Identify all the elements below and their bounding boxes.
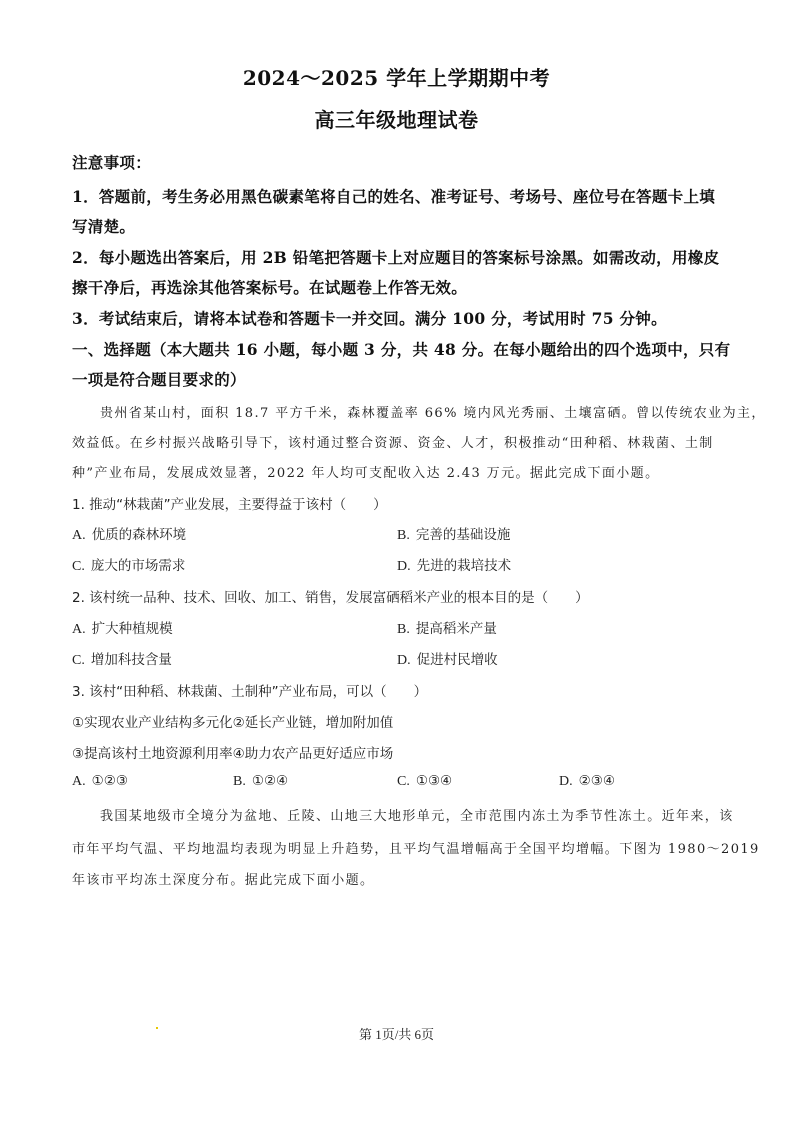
option-letter: B.	[397, 622, 410, 637]
notice-heading: 注意事项：	[72, 151, 151, 173]
option-text: 扩大种植规模	[92, 621, 173, 637]
exam-page: 2024～2025 学年上学期期中考 高三年级地理试卷 注意事项： 1．答题前，…	[0, 0, 793, 1122]
option-letter: A.	[72, 622, 86, 637]
question-1-stem: 1. 推动“林栽菌”产业发展，主要得益于该村（ ）	[72, 493, 387, 513]
passage1-line-3: 种”产业布局，发展成效显著，2022 年人均可支配收入达 2.43 万元。据此完…	[72, 462, 659, 481]
option-text: 增加科技含量	[91, 652, 172, 668]
option-text: 庞大的市场需求	[91, 558, 186, 574]
option-text: ①②③	[92, 773, 128, 789]
option-letter: D.	[397, 559, 411, 574]
question-3-option-b[interactable]: B.①②④	[233, 773, 288, 790]
question-2-option-a[interactable]: A.扩大种植规模	[72, 617, 173, 638]
option-text: ①②④	[252, 773, 288, 789]
notice-line-1: 1．答题前，考生务必用黑色碳素笔将自己的姓名、准考证号、考场号、座位号在答题卡上…	[72, 185, 715, 207]
option-letter: D.	[397, 653, 411, 668]
option-letter: B.	[233, 774, 246, 789]
passage2-line-2: 市年平均气温、平均地温均表现为明显上升趋势，且平均气温增幅高于全国平均增幅。下图…	[72, 838, 760, 857]
question-1-option-a[interactable]: A.优质的森林环境	[72, 523, 186, 544]
option-letter: C.	[397, 774, 410, 789]
question-3-statements-line-2: ③提高该村土地资源利用率④助力农产品更好适应市场	[72, 742, 393, 762]
notice-line-3: 2．每小题选出答案后，用 2B 铅笔把答题卡上对应题目的答案标号涂黑。如需改动，…	[72, 246, 719, 268]
question-2-option-d[interactable]: D.促进村民增收	[397, 648, 498, 669]
option-letter: D.	[559, 774, 573, 789]
question-3-option-a[interactable]: A.①②③	[72, 773, 128, 790]
question-2-option-b[interactable]: B.提高稻米产量	[397, 617, 497, 638]
option-text: ②③④	[579, 773, 615, 789]
option-text: 先进的栽培技术	[417, 558, 512, 574]
option-letter: C.	[72, 653, 85, 668]
passage1-line-1: 贵州省某山村，面积 18.7 平方千米，森林覆盖率 66% 境内风光秀丽、土壤富…	[100, 402, 766, 421]
option-text: 提高稻米产量	[416, 621, 497, 637]
question-2-option-c[interactable]: C.增加科技含量	[72, 648, 172, 669]
page-indicator: 第 1页/共 6页	[0, 1024, 793, 1043]
option-letter: A.	[72, 528, 86, 543]
notice-line-5: 3．考试结束后，请将本试卷和答题卡一并交回。满分 100 分，考试用时 75 分…	[72, 307, 667, 329]
question-3-option-d[interactable]: D.②③④	[559, 773, 615, 790]
option-text: 促进村民增收	[417, 652, 498, 668]
question-3-statements-line-1: ①实现农业产业结构多元化②延长产业链，增加附加值	[72, 711, 393, 731]
notice-line-2: 写清楚。	[72, 215, 135, 237]
question-1-option-d[interactable]: D.先进的栽培技术	[397, 554, 511, 575]
passage2-line-3: 年该市平均冻土深度分布。据此完成下面小题。	[72, 869, 374, 888]
question-1-option-b[interactable]: B.完善的基础设施	[397, 523, 510, 544]
passage1-line-2: 效益低。在乡村振兴战略引导下，该村通过整合资源、资金、人才，积极推动“田种稻、林…	[72, 432, 714, 451]
option-text: ①③④	[416, 773, 452, 789]
section-heading-line-2: 一项是符合题目要求的）	[72, 368, 246, 390]
option-letter: C.	[72, 559, 85, 574]
exam-subtitle: 高三年级地理试卷	[0, 104, 793, 133]
option-text: 完善的基础设施	[416, 527, 511, 543]
question-3-stem: 3. 该村“田种稻、林栽菌、土制种”产业布局，可以（ ）	[72, 680, 427, 700]
question-2-stem: 2. 该村统一品种、技术、回收、加工、销售，发展富硒稻米产业的根本目的是（ ）	[72, 586, 589, 606]
option-letter: B.	[397, 528, 410, 543]
exam-title: 2024～2025 学年上学期期中考	[0, 62, 793, 91]
question-1-option-c[interactable]: C.庞大的市场需求	[72, 554, 185, 575]
section-heading-line-1: 一、选择题（本大题共 16 小题，每小题 3 分，共 48 分。在每小题给出的四…	[72, 338, 730, 360]
question-3-option-c[interactable]: C.①③④	[397, 773, 452, 790]
notice-line-4: 擦干净后，再选涂其他答案标号。在试题卷上作答无效。	[72, 276, 467, 298]
option-text: 优质的森林环境	[92, 527, 187, 543]
option-letter: A.	[72, 774, 86, 789]
passage2-line-1: 我国某地级市全境分为盆地、丘陵、山地三大地形单元，全市范围内冻土为季节性冻土。近…	[100, 805, 734, 824]
